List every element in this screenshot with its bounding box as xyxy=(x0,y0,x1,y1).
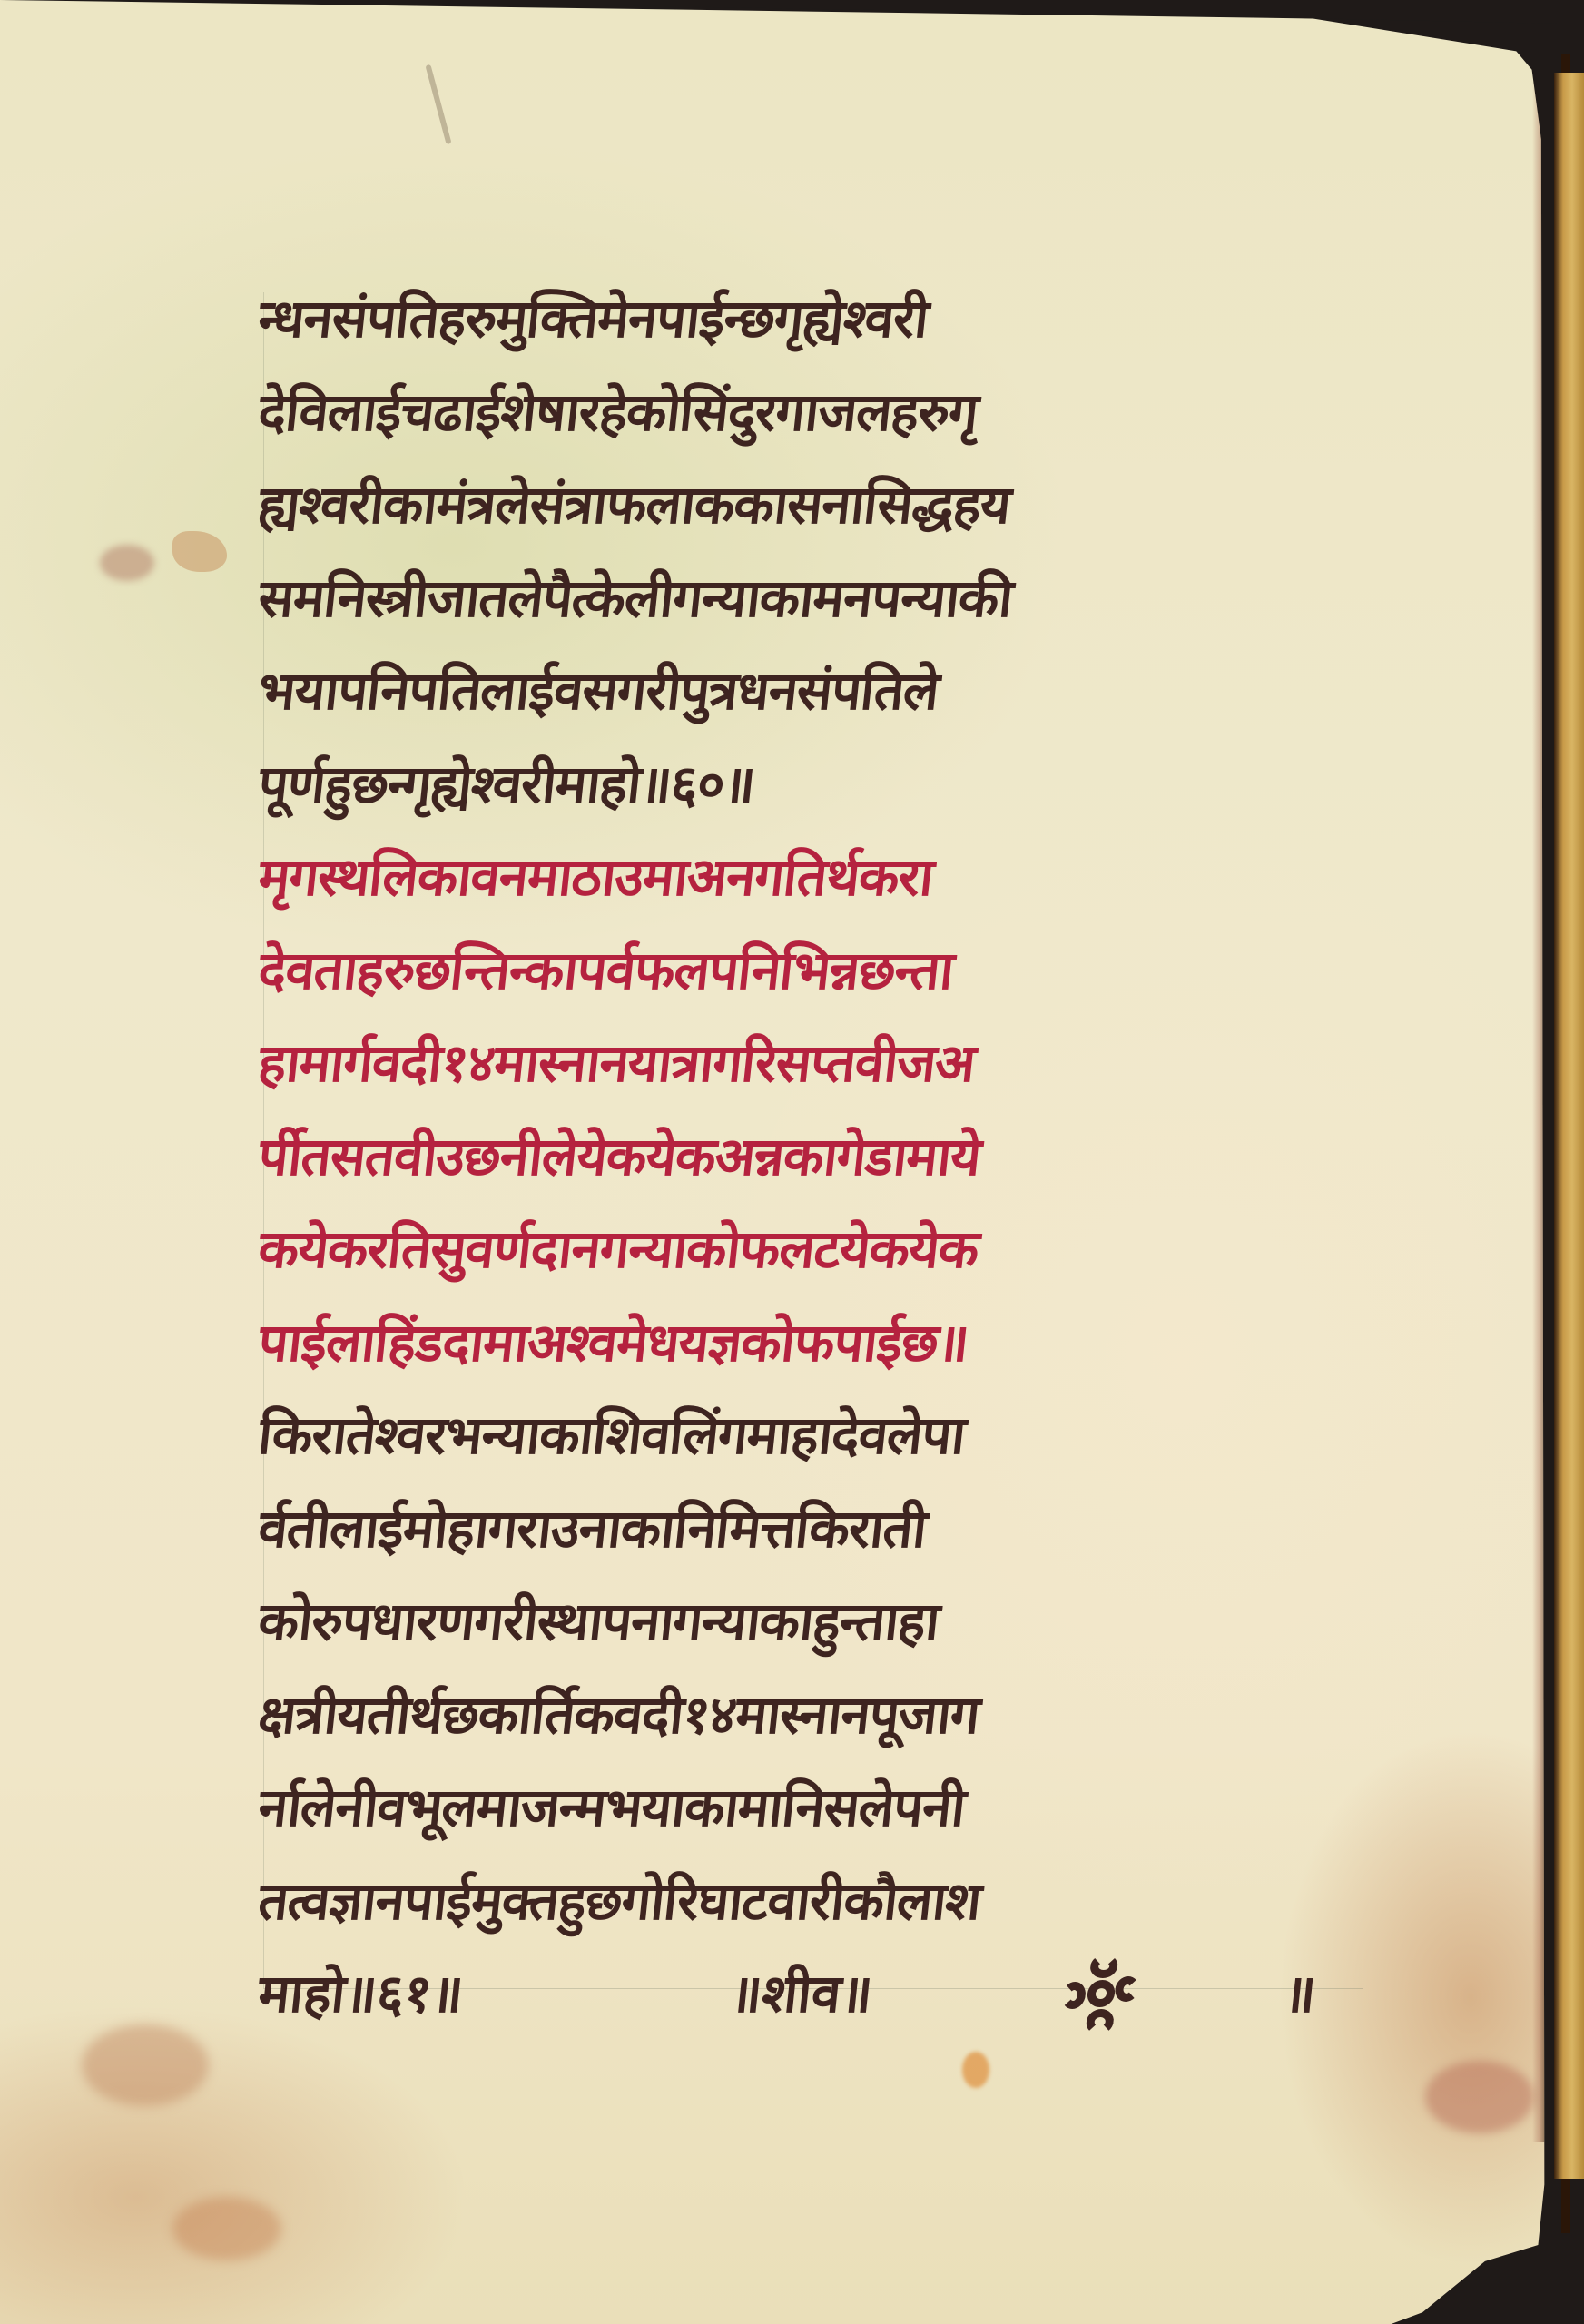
stain xyxy=(962,2052,989,2088)
text-line-2: देविलाईचढाईशेषारहेकोसिंदुरगाजलहरुगृ xyxy=(254,366,1381,459)
text-line-11-rubric: कयेकरतिसुवर्णदानगन्याकोफलटयेकयेक xyxy=(254,1203,1381,1296)
text-line-18: तत्वज्ञानपाईमुक्तहुछगोरिघाटवारीकौलाश xyxy=(254,1855,1381,1948)
final-danda: ॥ xyxy=(1280,1947,1322,2041)
stain xyxy=(100,545,154,581)
stain xyxy=(1425,2061,1534,2133)
text-line-5: भयापनिपतिलाईवसगरीपुत्रधनसंपतिले xyxy=(254,645,1381,738)
adjacent-leaf-edge xyxy=(1554,73,1584,2179)
manuscript-scan: न्धनसंपतिहरुमुक्तिमेनपाईन्छगृह्येश्वरी द… xyxy=(0,0,1584,2324)
text-line-10-rubric: र्पीतसतवीउछनीलेयेकयेकअन्नकागेडामाये xyxy=(254,1110,1381,1204)
text-line-14: र्वतीलाईमोहागराउनाकानिमित्तकिराती xyxy=(254,1482,1381,1576)
text-line-7-rubric: मृगस्थलिकावनमाठाउमाअनगतिर्थकरा xyxy=(254,831,1381,924)
manuscript-folio: न्धनसंपतिहरुमुक्तिमेनपाईन्छगृह्येश्वरी द… xyxy=(0,0,1563,2324)
page-edge xyxy=(1532,82,1545,2142)
text-line-17: र्नालेनीवभूलमाजन्मभयाकामानिसलेपनी xyxy=(254,1761,1381,1855)
text-line-15: कोरुपधारणगरीस्थापनागन्याकाहुन्ताहा xyxy=(254,1575,1381,1669)
stain xyxy=(172,2197,281,2260)
stain xyxy=(82,2024,209,2106)
text-line-13: किरातेश्वरभन्याकाशिवलिंगमाहादेवलेपा xyxy=(254,1389,1381,1482)
text-line-16: क्षत्रीयतीर्थछकार्तिकवदी१४मास्नानपूजाग xyxy=(254,1669,1381,1762)
text-line-3: ह्यश्वरीकामंत्रलेसंत्राफलाककासनासिद्धहय xyxy=(254,458,1381,552)
text-line-1: न्धनसंपतिहरुमुक्तिमेनपाईन्छगृह्येश्वरी xyxy=(254,272,1381,366)
text-line-4: समनिस्त्रीजातलेपैत्केलीगन्याकामनपन्याकी xyxy=(254,552,1381,645)
crease-mark xyxy=(425,64,451,144)
text-line-6: पूर्णहुछन्गृह्येश्वरीमाहो॥६०॥ xyxy=(254,738,1381,832)
text-line-9-rubric: हामार्गवदी१४मास्नानयात्रागरिसप्तवीजअ xyxy=(254,1017,1381,1110)
text-line-8-rubric: देवताहरुछन्तिन्कापर्वफलपनिभिन्नछन्ता xyxy=(254,924,1381,1018)
stain xyxy=(172,531,227,572)
manuscript-text-block: न्धनसंपतिहरुमुक्तिमेनपाईन्छगृह्येश्वरी द… xyxy=(259,272,1375,2041)
invocation-shiva: ॥शीव॥ xyxy=(726,1947,878,2041)
rosette-flourish-icon xyxy=(1058,1955,1138,2036)
verse-end-number: माहो॥६१॥ xyxy=(254,1947,468,2041)
closing-line: माहो॥६१॥ ॥शीव॥ ॥ xyxy=(254,1947,1381,2041)
text-line-12-rubric: पाईलाहिंडदामाअश्वमेधयज्ञकोफपाईछ॥ xyxy=(254,1296,1381,1390)
